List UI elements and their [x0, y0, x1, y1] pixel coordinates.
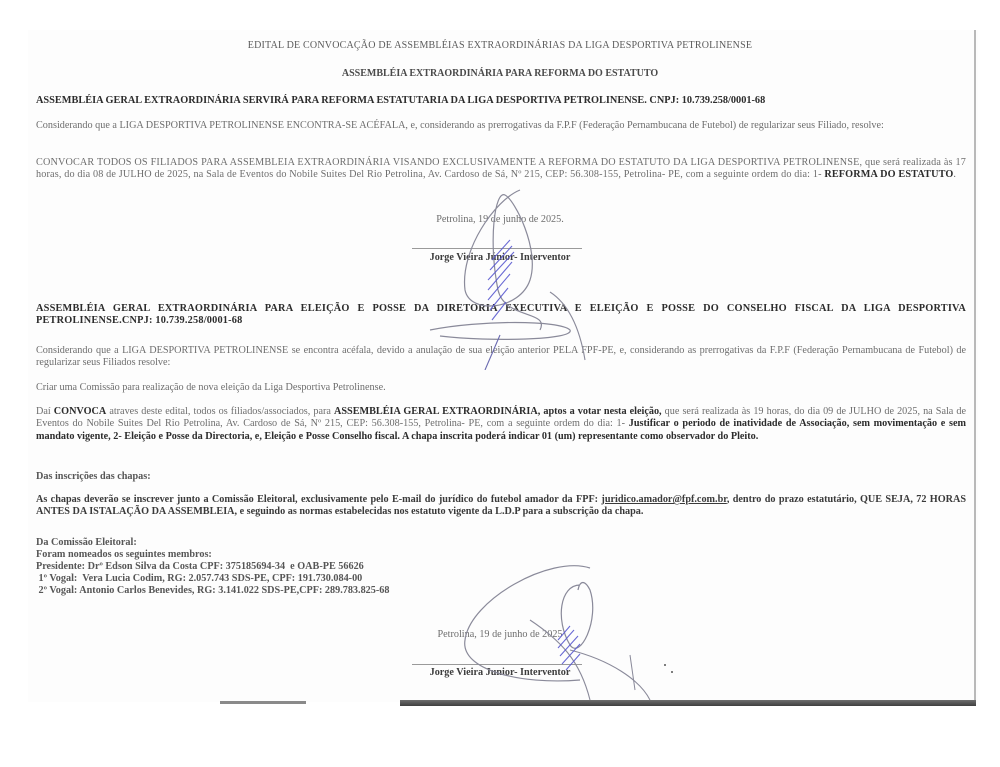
registrations-text: As chapas deverão se inscrever junto a C… [36, 494, 966, 519]
convoca-text-1: Daí [36, 406, 54, 417]
section2-place-date: Petrolina, 19 de junho de 2025 [300, 629, 700, 641]
commission-heading: Da Comissão Eleitoral: [36, 537, 636, 549]
section2-convocation: Daí CONVOCA atraves deste edital, todos … [36, 406, 966, 443]
section1-signatory: Jorge Vieira Júnior- Interventor [300, 252, 700, 264]
section1-heading: ASSEMBLÉIA GERAL EXTRAORDINÁRIA SERVIRÁ … [36, 95, 966, 107]
page-edge-shadow-left [220, 701, 306, 704]
section1-place-date: Petrolina, 19 de junho de 2025. [300, 214, 700, 226]
convoca-bold: CONVOCA [54, 406, 106, 417]
section2-considering: Considerando que a LIGA DESPORTIVA PETRO… [36, 345, 966, 370]
page-edge-shadow [400, 700, 976, 706]
registrations-heading: Das inscrições das chapas: [36, 471, 636, 483]
section2-signatory: Jorge Vieira Junior- Interventor [300, 667, 700, 679]
section1-convocation: CONVOCAR TODOS OS FILIADOS PARA ASSEMBLE… [36, 157, 966, 182]
email-link[interactable]: juridico.amador@fpf.com.br [601, 494, 726, 505]
signature-line [412, 248, 582, 249]
page-edge [974, 30, 976, 706]
document-subtitle: ASSEMBLÉIA EXTRAORDINÁRIA PARA REFORMA D… [150, 68, 850, 80]
section2-create-commission: Criar uma Comissão para realização de no… [36, 382, 966, 394]
members-intro: Foram nomeados os seguintes membros: [36, 549, 636, 561]
section2-heading: ASSEMBLÉIA GERAL EXTRAORDINÁRIA PARA ELE… [36, 303, 966, 328]
member-president: Presidente: Drº Edson Silva da Costa CPF… [36, 561, 636, 573]
member-vogal-2: 2º Vogal: Antonio Carlos Benevides, RG: … [36, 585, 636, 597]
document-title: EDITAL DE CONVOCAÇÃO DE ASSEMBLÉIAS EXTR… [150, 40, 850, 52]
section1-considering: Considerando que a LIGA DESPORTIVA PETRO… [36, 120, 966, 132]
agenda-end: . [953, 169, 956, 180]
agenda-item: REFORMA DO ESTATUTO [824, 169, 953, 180]
assembly-bold: ASSEMBLÉIA GERAL EXTRAORDINÁRIA, aptos a… [334, 406, 662, 417]
convoca-text-2: atraves deste edital, todos os filiados/… [106, 406, 334, 417]
member-vogal-1: 1º Vogal: Vera Lucia Codim, RG: 2.057.74… [36, 573, 636, 585]
signature-line-2 [412, 664, 582, 665]
registrations-text-1: As chapas deverão se inscrever junto a C… [36, 494, 601, 505]
